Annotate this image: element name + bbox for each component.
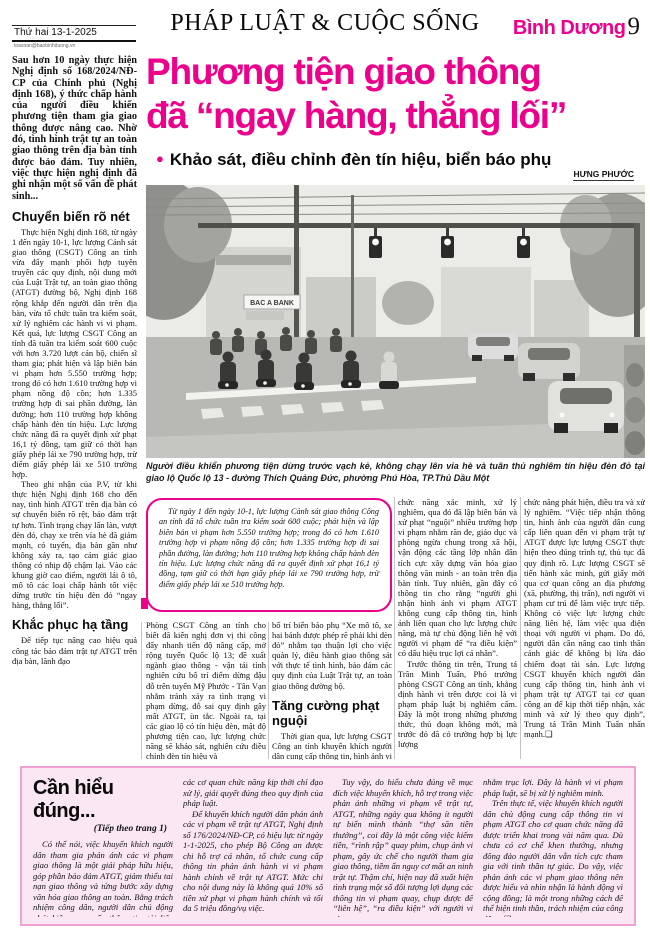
article-paragraph: Theo ghi nhận của P.V, từ khi thực hiện …: [12, 479, 137, 610]
continuation-column-3: Tuy vậy, do hiểu chưa đúng về mục đích v…: [333, 777, 473, 917]
quote-text: Từ ngày 1 đến ngày 10-1, lực lượng Cảnh …: [159, 507, 379, 590]
continuation-paragraph: Có thể nói, việc khuyến khích người dân …: [33, 839, 173, 917]
article-paragraph: Phòng CSGT Công an tỉnh cho biết đã kiến…: [146, 620, 266, 760]
column-divider: [141, 622, 142, 759]
article-column-3: bố trí biển báo phụ “Xe mô tô, xe hai bá…: [272, 620, 392, 760]
article-paragraph: chức năng xác minh, xử lý nghiêm, qua đó…: [398, 497, 517, 659]
editorial-email: toasoan@baobinhduong.vn: [12, 42, 136, 49]
column-divider: [268, 622, 269, 759]
left-column: Sau hơn 10 ngày thực hiện Nghị định số 1…: [12, 55, 137, 759]
page-number: 9: [628, 13, 641, 40]
article-headline: Phương tiện giao thông đã “ngay hàng, th…: [146, 50, 621, 138]
article-column-4: chức năng xác minh, xử lý nghiêm, qua đó…: [398, 497, 517, 761]
date-block: Thứ hai 13-1-2025 toasoan@baobinhduong.v…: [12, 25, 136, 49]
author-byline: HƯNG PHƯỚC: [573, 169, 634, 181]
photo-caption: Người điều khiển phương tiện dừng trước …: [146, 461, 645, 484]
article-paragraph: Trước thông tin trên, Trung tá Trần Minh…: [398, 659, 517, 750]
article-column-5: chức năng phát hiện, điều tra và xử lý n…: [524, 497, 645, 761]
article-paragraph: bố trí biển báo phụ “Xe mô tô, xe hai bá…: [272, 620, 392, 691]
article-paragraph: Thời gian qua, lực lượng CSGT Công an tỉ…: [272, 731, 392, 760]
column-divider: [520, 497, 521, 759]
section-heading-1: Chuyển biến rõ nét: [12, 209, 137, 224]
article-paragraph: chức năng phát hiện, điều tra và xử lý n…: [524, 497, 645, 739]
continuation-paragraph: Để khuyến khích người dân phản ánh các v…: [183, 809, 323, 914]
article-subhead: ●Khảo sát, điều chỉnh đèn tín hiệu, biển…: [156, 150, 551, 170]
continuation-paragraph: các cơ quan chức năng kịp thời chỉ đạo x…: [183, 777, 323, 809]
section-heading-3: Tăng cường phạt nguội: [272, 698, 392, 728]
headline-line-2: đã “ngay hàng, thẳng lối”: [146, 94, 621, 138]
continuation-column-1: Cần hiểu đúng... (Tiếp theo trang 1) Có …: [33, 777, 173, 917]
continuation-title: Cần hiểu đúng...: [33, 777, 173, 823]
continuation-paragraph: Trên thực tế, việc khuyến khích người dâ…: [483, 798, 623, 917]
masthead: Bình Dương9: [513, 13, 640, 41]
column-divider: [394, 497, 395, 759]
continuation-column-4: nhằm trục lợi. Đây là hành vi vi phạm ph…: [483, 777, 623, 917]
quote-box-accent: [141, 598, 148, 609]
article-lead: Sau hơn 10 ngày thực hiện Nghị định số 1…: [12, 55, 137, 202]
continuation-column-2: các cơ quan chức năng kịp thời chỉ đạo x…: [183, 777, 323, 917]
issue-date: Thứ hai 13-1-2025: [12, 26, 136, 40]
section-title: PHÁP LUẬT & CUỘC SỐNG: [140, 10, 510, 37]
street-scene-illustration: BAC A BANK: [146, 185, 645, 458]
continuation-subtitle: (Tiếp theo trang 1): [33, 824, 167, 834]
section-heading-2: Khắc phục hạ tầng: [12, 617, 137, 632]
bullet-icon: ●: [156, 151, 164, 166]
newspaper-logo: Bình Dương: [513, 17, 626, 39]
subhead-text: Khảo sát, điều chỉnh đèn tín hiệu, biển …: [170, 150, 552, 169]
bank-sign-text: BAC A BANK: [250, 300, 294, 307]
continuation-paragraph: Tuy vậy, do hiểu chưa đúng về mục đích v…: [333, 777, 473, 917]
article-column-2: Phòng CSGT Công an tỉnh cho biết đã kiến…: [146, 620, 266, 760]
headline-line-1: Phương tiện giao thông: [146, 50, 621, 94]
newspaper-page: Thứ hai 13-1-2025 toasoan@baobinhduong.v…: [0, 0, 650, 952]
article-paragraph: Để tiếp tục nâng cao hiệu quả công tác b…: [12, 635, 137, 665]
article-paragraph: Thực hiện Nghị định 168, từ ngày 1 đến n…: [12, 227, 137, 479]
statistics-quote-box: Từ ngày 1 đến ngày 10-1, lực lượng Cảnh …: [146, 498, 392, 612]
median-strip: [624, 345, 645, 458]
continuation-box: Cần hiểu đúng... (Tiếp theo trang 1) Có …: [20, 766, 636, 926]
continuation-paragraph: nhằm trục lợi. Đây là hành vi vi phạm ph…: [483, 777, 623, 798]
article-photo: BAC A BANK: [146, 185, 645, 458]
